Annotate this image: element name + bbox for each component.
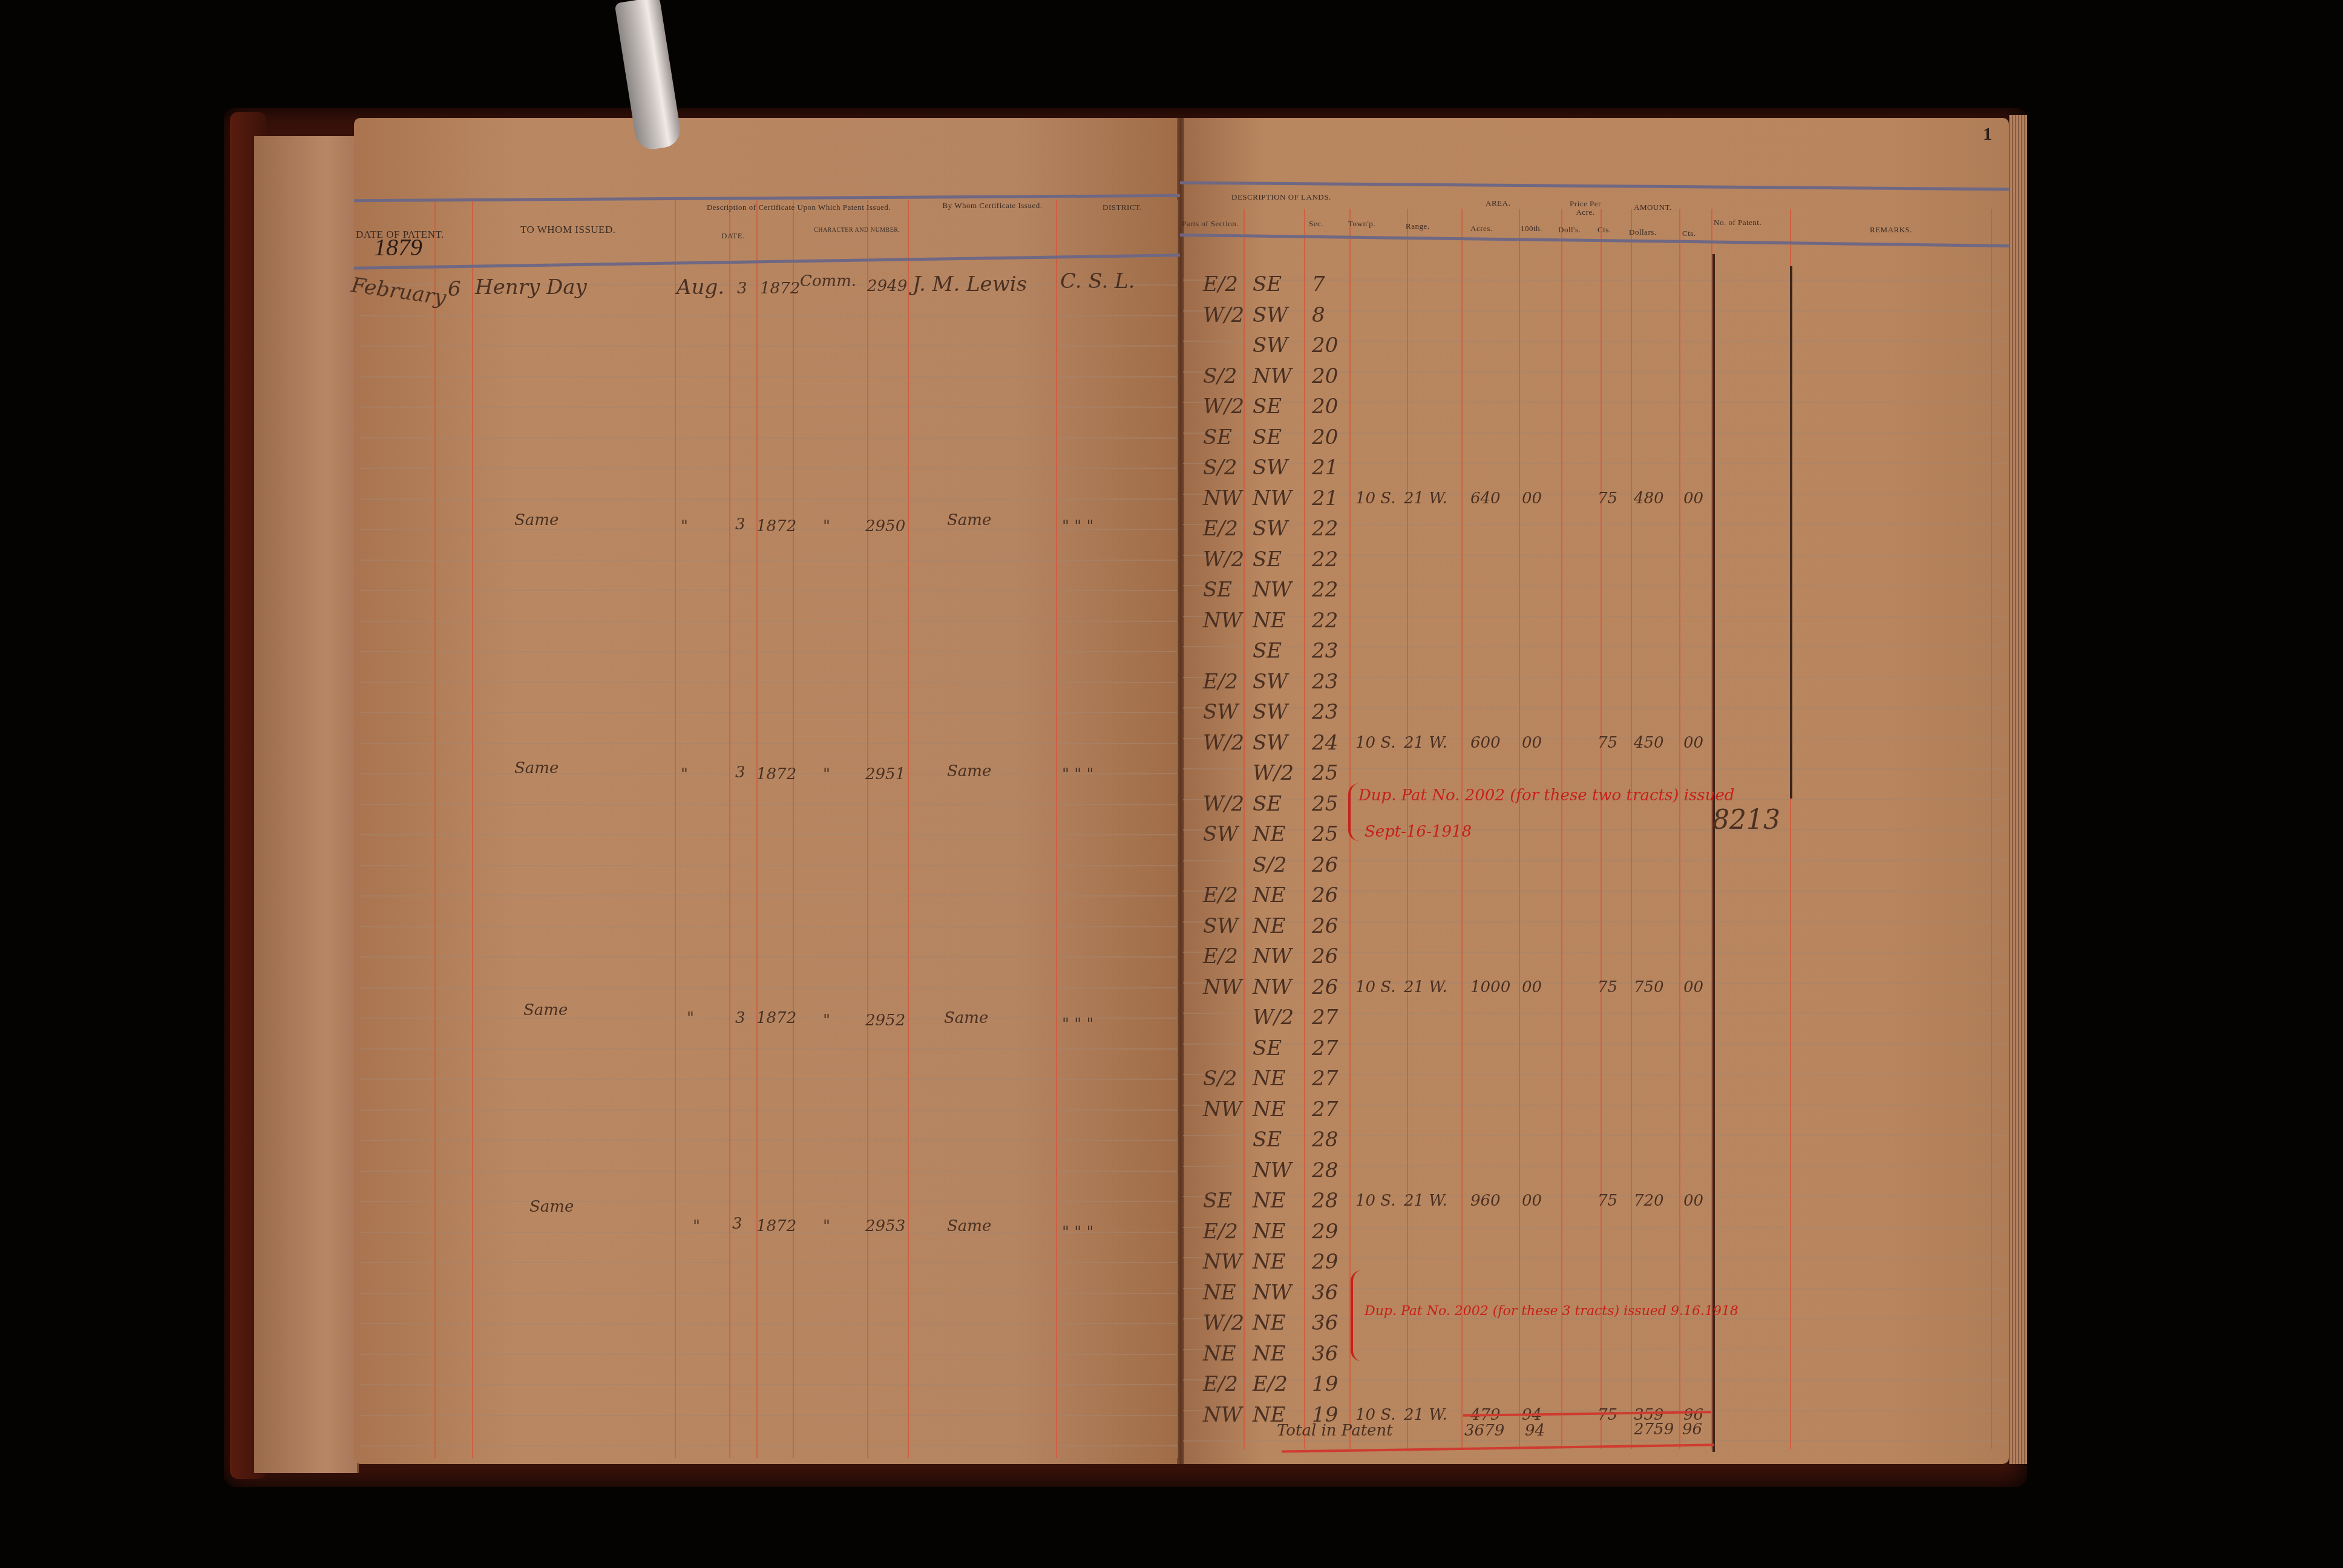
land-section: 21 [1312,456,1338,480]
row-rule [1183,1227,2006,1228]
row-rule [1183,1379,2006,1380]
row-rule [360,1171,1177,1172]
column-rule [1177,200,1178,1458]
land-quarter: SW [1253,333,1288,358]
entry-cert-character: " [823,1011,830,1030]
land-acres-hundredths: 00 [1522,1192,1542,1210]
entry-cert-year: 1872 [756,1217,796,1235]
land-quarter: SE [1253,639,1282,663]
land-part: W/2 [1203,731,1244,755]
land-section: 27 [1312,1036,1338,1060]
col-price-per-acre: Price Per Acre. [1564,200,1607,217]
row-rule [1183,890,2006,892]
entry-cert-day: 3 [737,279,747,298]
page-number: 1 [1983,124,1992,145]
entry-cert-number: 2953 [865,1217,905,1235]
land-part: W/2 [1203,394,1244,419]
land-amount-cts: 00 [1683,1192,1703,1210]
land-quarter: NW [1253,944,1292,969]
row-rule [1183,768,2006,769]
entry-cert-character: Comm. [800,272,856,290]
entry-by-whom: Same [944,1009,988,1027]
column-rule [1679,209,1680,1449]
row-rule [1183,1074,2006,1075]
row-rule [1183,1044,2006,1045]
land-quarter: NW [1253,1281,1292,1305]
land-quarter: NW [1253,486,1292,511]
year-label: 1879 [374,233,422,261]
land-section: 22 [1312,578,1338,602]
land-quarter: W/2 [1253,1005,1294,1030]
column-rule [1056,200,1057,1458]
row-rule [360,1109,1177,1111]
land-section: 23 [1312,639,1338,663]
row-rule [1183,1135,2006,1136]
land-part: S/2 [1203,456,1237,480]
row-rule [1183,463,2006,464]
land-quarter: NW [1253,1158,1292,1183]
entry-cert-year: 1872 [756,1009,796,1027]
land-acres-hundredths: 00 [1522,734,1542,752]
land-price-cts: 75 [1597,978,1617,996]
entry-cert-month: " [681,517,688,535]
land-price-cts: 75 [1597,734,1617,752]
land-range: 21 W. [1404,734,1447,752]
entry-by-whom: Same [947,511,991,529]
entry-date-day: 6 [448,277,461,301]
row-rule [360,926,1177,927]
red-note-1-line2: Sept-16-1918 [1365,823,1472,841]
land-quarter: SE [1253,1128,1282,1152]
col-parts-of-section: Parts of Section. [1182,219,1239,229]
land-part: NE [1203,1342,1236,1366]
column-rule [1991,209,1992,1449]
row-rule [360,1048,1177,1050]
col-character-number: CHARACTER AND NUMBER. [814,227,900,234]
land-quarter: SE [1253,394,1282,419]
land-range: 21 W. [1404,1192,1447,1210]
land-quarter: NE [1253,1342,1286,1366]
land-quarter: S/2 [1253,853,1286,877]
land-quarter: SW [1253,731,1288,755]
land-section: 20 [1312,364,1338,388]
row-rule [360,468,1177,469]
land-part: SE [1203,1189,1232,1213]
land-section: 24 [1312,731,1338,755]
land-quarter: SW [1253,700,1288,724]
row-rule [1183,1257,2006,1258]
land-section: 20 [1312,425,1338,449]
land-section: 27 [1312,1067,1338,1091]
total-amount-dollars: 2759 [1634,1420,1674,1439]
entry-district: " " " [1062,765,1093,783]
row-rule [1183,616,2006,617]
column-rule [1519,209,1520,1449]
row-rule [1183,494,2006,495]
col-by-whom: By Whom Certificate Issued. [932,197,1053,215]
entry-cert-day: 3 [735,515,745,534]
column-rule [756,200,758,1458]
land-section: 26 [1312,975,1338,999]
land-section: 19 [1312,1372,1338,1396]
land-amount-dollars: 480 [1634,489,1664,508]
land-part: NE [1203,1281,1236,1305]
land-part: NW [1203,1250,1242,1274]
land-section: 27 [1312,1097,1338,1122]
land-quarter: SW [1253,517,1288,541]
entry-name: Henry Day [475,275,587,299]
red-brace-2 [1351,1270,1362,1361]
row-rule [1183,1410,2006,1411]
row-rule [360,1079,1177,1080]
col-hundredths: 100th. [1521,224,1542,234]
row-rule [360,376,1177,377]
row-rule [1183,279,2006,281]
land-part: NW [1203,1403,1242,1427]
row-rule [360,865,1177,866]
land-amount-dollars: 750 [1634,978,1664,996]
land-township: 10 S. [1355,1406,1396,1424]
land-part: NW [1203,975,1242,999]
land-price-cts: 75 [1597,489,1617,508]
land-section: 7 [1312,272,1325,296]
column-rule [1631,209,1632,1449]
land-part: E/2 [1203,1220,1238,1244]
flyleaf-page [254,136,359,1473]
row-rule [360,560,1177,561]
row-rule [360,1293,1177,1294]
row-rule [1183,829,2006,831]
entry-by-whom: J. M. Lewis [913,272,1027,296]
land-quarter: E/2 [1253,1372,1288,1396]
total-amount-cts: 96 [1682,1420,1702,1439]
row-rule [360,437,1177,439]
row-rule [1183,524,2006,525]
land-quarter: NW [1253,578,1292,602]
entry-cert-month: " [687,1009,694,1027]
land-quarter: NE [1253,1311,1286,1335]
row-rule [1183,1440,2006,1442]
land-section: 26 [1312,883,1338,907]
column-rule [472,200,473,1458]
patent-column-bracket [1712,254,1715,1452]
col-area: AREA. [1486,198,1510,208]
remarks-column-bar [1790,266,1792,799]
column-rule [675,200,676,1458]
row-rule [1183,677,2006,678]
row-rule [1183,738,2006,739]
entry-name: Same [514,759,559,777]
land-section: 36 [1312,1281,1338,1305]
entry-name: Same [514,511,559,529]
land-part: SW [1203,822,1238,846]
land-township: 10 S. [1355,1192,1396,1210]
land-quarter: SW [1253,456,1288,480]
entry-cert-year: 1872 [760,279,800,298]
entry-district: " " " [1062,1223,1093,1241]
entry-cert-number: 2951 [865,765,905,783]
col-remarks: REMARKS. [1870,225,1912,235]
land-part: E/2 [1203,272,1238,296]
col-range: Range. [1406,221,1429,231]
land-section: 26 [1312,944,1338,969]
col-to-whom-issued: TO WHOM ISSUED. [520,224,616,236]
column-rule [867,200,868,1458]
land-section: 26 [1312,914,1338,938]
land-part: NW [1203,609,1242,633]
row-rule [360,1323,1177,1324]
row-rule [360,621,1177,622]
row-rule [360,1384,1177,1385]
entry-district: C. S. L. [1060,269,1135,293]
row-rule [1183,952,2006,953]
row-rule [1183,1166,2006,1167]
col-township: Town'p. [1348,219,1375,229]
row-rule [1183,1288,2006,1289]
land-range: 21 W. [1404,978,1447,996]
row-rule [1183,341,2006,342]
row-rule [1183,921,2006,923]
row-rule [360,1354,1177,1355]
land-section: 20 [1312,394,1338,419]
row-rule [360,712,1177,713]
column-rule [1304,209,1305,1449]
column-rule [1601,209,1602,1449]
land-quarter: NW [1253,364,1292,388]
row-rule [1183,371,2006,373]
land-township: 10 S. [1355,489,1396,508]
land-section: 22 [1312,547,1338,572]
land-section: 36 [1312,1342,1338,1366]
land-acres: 640 [1470,489,1501,508]
col-amount: AMOUNT. [1634,203,1672,212]
col-amount-cts: Cts. [1682,229,1696,238]
land-part: SE [1203,425,1232,449]
land-quarter: NE [1253,883,1286,907]
entry-cert-month: " [681,765,688,783]
entry-cert-month: " [693,1217,700,1235]
total-acres-hundredths: 94 [1525,1422,1545,1440]
land-part: E/2 [1203,944,1238,969]
col-certificate-date: DATE. [721,231,745,241]
land-quarter: NE [1253,609,1286,633]
total-acres: 3679 [1464,1422,1504,1440]
row-rule [1183,982,2006,984]
land-quarter: NW [1253,975,1292,999]
land-section: 28 [1312,1128,1338,1152]
land-part: SW [1203,914,1238,938]
row-rule [360,682,1177,683]
land-section: 28 [1312,1158,1338,1183]
row-rule [1183,555,2006,556]
col-acres: Acres. [1470,224,1493,234]
row-rule [1183,860,2006,861]
land-quarter: NE [1253,1067,1286,1091]
land-quarter: NE [1253,1097,1286,1122]
land-quarter: SE [1253,547,1282,572]
land-part: W/2 [1203,547,1244,572]
land-part: S/2 [1203,1067,1237,1091]
row-rule [360,345,1177,347]
entry-cert-number: 2950 [865,517,905,535]
row-rule [360,987,1177,988]
entry-name: Same [529,1198,574,1216]
row-rule [360,590,1177,591]
entry-cert-character: " [823,517,830,535]
land-section: 22 [1312,517,1338,541]
land-quarter: NE [1253,1189,1286,1213]
land-acres: 960 [1470,1192,1501,1210]
land-acres-hundredths: 00 [1522,978,1542,996]
entry-district: " " " [1062,1015,1093,1033]
land-part: E/2 [1203,517,1238,541]
land-quarter: SE [1253,425,1282,449]
land-part: W/2 [1203,792,1244,816]
row-rule [360,956,1177,958]
land-section: 20 [1312,333,1338,358]
land-range: 21 W. [1404,1406,1447,1424]
land-section: 25 [1312,761,1338,785]
land-section: 29 [1312,1250,1338,1274]
land-township: 10 S. [1355,978,1396,996]
row-rule [360,895,1177,897]
land-quarter: SE [1253,1036,1282,1060]
row-rule [360,1445,1177,1446]
land-amount-cts: 00 [1683,489,1703,508]
column-rule [1561,209,1562,1449]
entry-by-whom: Same [947,762,991,780]
row-rule [1183,402,2006,403]
land-part: NW [1203,1097,1242,1122]
column-rule [793,200,794,1458]
land-part: W/2 [1203,1311,1244,1335]
row-rule [360,834,1177,835]
land-section: 25 [1312,822,1338,846]
row-rule [360,651,1177,652]
patent-number: 8213 [1712,805,1780,835]
col-district: DISTRICT. [1103,203,1142,212]
row-rule [1183,646,2006,647]
land-quarter: SW [1253,303,1288,327]
col-description-of-lands: DESCRIPTION OF LANDS. [1231,192,1331,202]
entry-cert-day: 3 [732,1215,742,1233]
col-certificate-group: Description of Certificate Upon Which Pa… [696,203,902,212]
land-section: 23 [1312,700,1338,724]
land-section: 25 [1312,792,1338,816]
land-quarter: SE [1253,792,1282,816]
entry-cert-number: 2952 [865,1011,905,1030]
row-rule [360,1415,1177,1416]
land-section: 23 [1312,670,1338,694]
land-quarter: SW [1253,670,1288,694]
row-rule [360,1201,1177,1202]
entry-name: Same [523,1001,568,1019]
land-acres: 1000 [1470,978,1510,996]
land-quarter: W/2 [1253,761,1294,785]
land-township: 10 S. [1355,734,1396,752]
land-part: NW [1203,486,1242,511]
row-rule [1183,1105,2006,1106]
land-section: 27 [1312,1005,1338,1030]
row-rule [1183,707,2006,708]
land-quarter: NE [1253,914,1286,938]
land-part: E/2 [1203,1372,1238,1396]
land-amount-dollars: 720 [1634,1192,1664,1210]
land-quarter: NE [1253,822,1286,846]
row-rule [1183,310,2006,312]
entry-cert-day: 3 [735,1009,745,1027]
entry-cert-day: 3 [735,763,745,782]
land-part: S/2 [1203,364,1237,388]
row-rule [1183,585,2006,586]
row-rule [360,743,1177,744]
col-sec: Sec. [1309,219,1323,229]
row-rule [1183,433,2006,434]
row-rule [360,804,1177,805]
land-quarter: SE [1253,272,1282,296]
page-edges [2009,115,2027,1464]
row-rule [360,498,1177,500]
red-brace-1 [1348,783,1359,841]
entry-cert-month: Aug. [677,275,724,299]
red-note-2: Dup. Pat No. 2002 (for these 3 tracts) i… [1365,1304,1738,1319]
land-section: 8 [1312,303,1325,327]
land-section: 21 [1312,486,1338,511]
row-rule [360,1262,1177,1263]
entry-cert-number: 2949 [867,277,907,295]
entry-cert-year: 1872 [756,765,796,783]
column-rule [908,200,909,1458]
land-acres: 600 [1470,734,1501,752]
land-section: 22 [1312,609,1338,633]
land-amount-cts: 00 [1683,978,1703,996]
land-price-cts: 75 [1597,1192,1617,1210]
col-no-of-patent: No. of Patent. [1714,218,1761,227]
land-acres-hundredths: 00 [1522,489,1542,508]
entry-by-whom: Same [947,1217,991,1235]
total-label: Total in Patent [1277,1422,1393,1440]
row-rule [360,315,1177,316]
land-range: 21 W. [1404,489,1447,508]
col-price-cts: Cts. [1597,225,1611,235]
land-part: SE [1203,578,1232,602]
land-section: 28 [1312,1189,1338,1213]
red-note-1-line1: Dup. Pat No. 2002 (for these two tracts)… [1358,786,1734,805]
entry-cert-year: 1872 [756,517,796,535]
entry-district: " " " [1062,517,1093,535]
land-part: SW [1203,700,1238,724]
land-section: 29 [1312,1220,1338,1244]
row-rule [1183,1196,2006,1197]
land-section: 26 [1312,853,1338,877]
row-rule [360,1140,1177,1141]
land-part: E/2 [1203,670,1238,694]
entry-cert-character: " [823,1217,830,1235]
entry-cert-character: " [823,765,830,783]
land-part: E/2 [1203,883,1238,907]
column-rule [434,200,436,1458]
column-rule [729,200,730,1458]
land-quarter: NE [1253,1220,1286,1244]
row-rule [1183,1013,2006,1014]
land-quarter: NE [1253,1250,1286,1274]
row-rule [360,407,1177,408]
land-part: W/2 [1203,303,1244,327]
land-amount-cts: 00 [1683,734,1703,752]
col-amount-dollars: Dollars. [1629,227,1657,237]
land-amount-dollars: 450 [1634,734,1664,752]
col-price-dollars: Doll's. [1558,225,1581,235]
